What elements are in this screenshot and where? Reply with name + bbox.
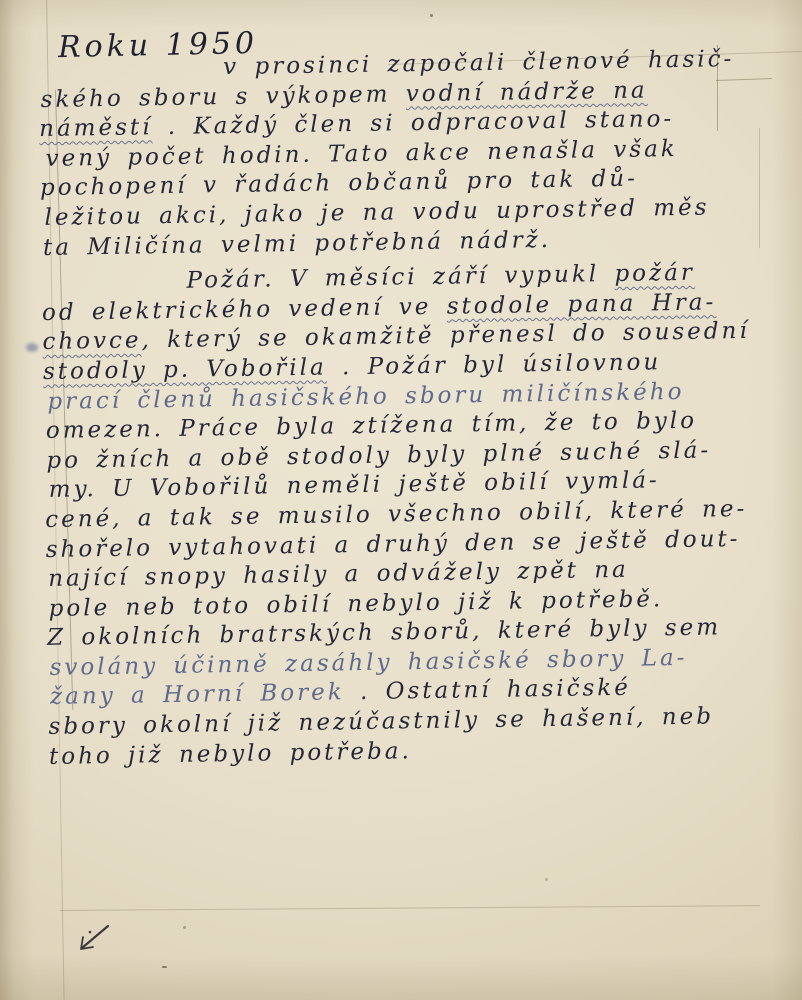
- manuscript-text: žany a Horní Borek: [50, 680, 345, 711]
- manuscript-text: vodní nádrže na: [406, 77, 648, 107]
- manuscript-text: ského sboru s výkopem: [40, 81, 406, 113]
- paper-speck: [545, 878, 548, 881]
- ink-smudge: [26, 343, 38, 352]
- manuscript: v prosinci započali členové hasič-ského …: [38, 44, 802, 772]
- manuscript-text: stodole pana Hra-: [447, 289, 717, 319]
- manuscript-text: Požár. V měsíci září vypukl: [186, 261, 614, 294]
- chronicle-page: Roku 1950 v prosinci započali členové ha…: [0, 0, 802, 1000]
- manuscript-text: zasáhly hasičské sbory La-: [285, 645, 688, 677]
- arrow-mark-icon: [68, 918, 116, 960]
- manuscript-text: toho již nebylo potřeba.: [49, 738, 412, 770]
- manuscript-text: od elektrického vedení ve: [42, 293, 447, 325]
- paper-speck: [162, 966, 167, 968]
- manuscript-text: náměstí: [39, 114, 153, 142]
- manuscript-text: stodoly p. Vobořila: [43, 354, 327, 384]
- paper-speck: [430, 14, 433, 17]
- guide-line-bottom: [60, 905, 760, 911]
- manuscript-text: . Požár byl úsilovnou: [327, 349, 662, 380]
- paper-speck: [183, 926, 186, 929]
- manuscript-text: chovce: [42, 328, 141, 356]
- manuscript-text: požár: [614, 260, 695, 287]
- manuscript-text: . Ostatní hasičské: [344, 675, 631, 705]
- manuscript-text: v prosinci započali členové hasič-: [223, 46, 735, 80]
- manuscript-text: svolány účinně: [49, 651, 285, 681]
